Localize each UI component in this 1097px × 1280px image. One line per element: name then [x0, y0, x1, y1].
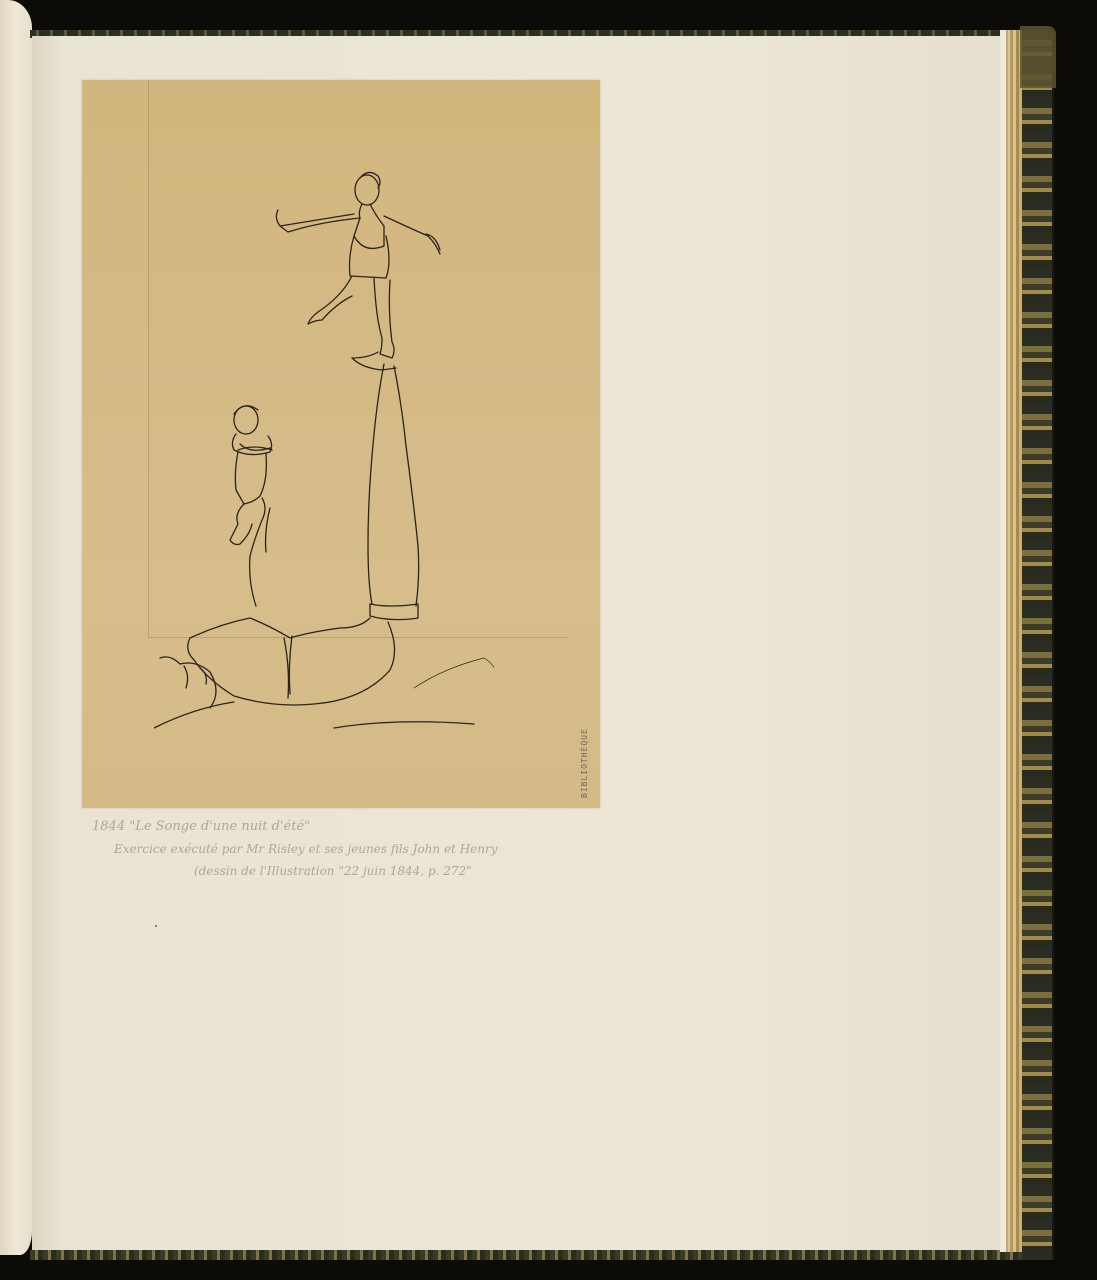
caption-source-line: (dessin de l'Illustration "22 juin 1844,…: [194, 860, 612, 882]
acrobat-girl-balancing: [276, 172, 440, 370]
library-stamp: BIBLIOTHÈQUE: [580, 702, 594, 798]
mounted-drawing-sheet: [82, 80, 600, 808]
book-cover-bottom-edge: [30, 1250, 1030, 1260]
cover-corner: [1020, 26, 1056, 88]
gilt-page-edges: [1000, 30, 1022, 1252]
decorated-cover-border: [1022, 30, 1054, 1260]
caption-title-line: 1844 "Le Songe d'une nuit d'été": [92, 816, 612, 838]
handwritten-caption: 1844 "Le Songe d'une nuit d'été" Exercic…: [92, 816, 612, 882]
paper-speck: [155, 925, 157, 927]
caption-description-line: Exercice exécuté par Mr Risley et ses je…: [114, 838, 612, 860]
acrobats-sketch: [154, 168, 494, 738]
boy-arms-folded: [230, 406, 272, 606]
left-page-edge: [0, 0, 32, 1255]
man-lying-on-back: [154, 364, 494, 728]
